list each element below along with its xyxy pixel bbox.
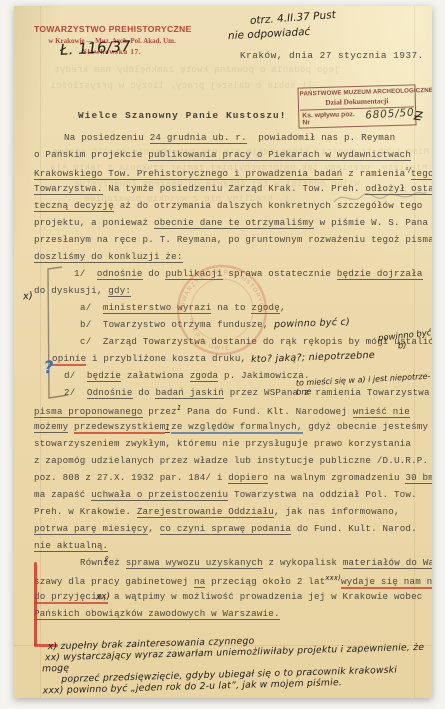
typed-text: przeciąg około 2 lat <box>205 576 325 587</box>
bleedthrough-text: niestety, oceniamy jak najprzychylniej z… <box>50 162 427 173</box>
underlined-text: pisma proponowanego <box>34 406 143 418</box>
underlined-text: możemy <box>34 421 68 433</box>
body-line: szawy dla pracy gabinetowej na przeciąg … <box>34 574 432 591</box>
stamp-register-label: Ks. wpływu poz. Nr <box>302 111 362 127</box>
svg-text:W KRAKOWIE: W KRAKOWIE <box>188 318 232 353</box>
underlined-text: na <box>194 576 205 588</box>
body-line: ma zapaść uchwała o przeistoczeniu Towar… <box>34 489 432 506</box>
received-note: otrz. 4.II.37 Pust <box>250 11 336 26</box>
underlined-text: obecnie dane te otrzymaliśmy <box>154 217 314 229</box>
no-reply-note: nie odpowiadać <box>228 28 311 41</box>
typed-text: , jak nas informowano, <box>274 506 400 517</box>
typed-text: z wykopalisk <box>263 557 343 568</box>
stamp-register-row: Ks. wpływu poz. Nr 6805/50 <box>300 106 414 127</box>
annotation-powinno-byc-b: b) <box>398 342 408 352</box>
typed-text: powiadomił nas p. Reyman <box>247 132 396 143</box>
mark-xx: xx) <box>96 593 111 603</box>
bleedthrough-text: Mimo tych trudności, które zdaje się nie… <box>52 146 429 157</box>
typed-text: a wątpimy w możliwość prowadzenia jej w … <box>108 591 422 602</box>
date-line: Kraków, dnia 27 stycznia 1937. <box>240 50 424 61</box>
salutation: Wielce Szanowny Panie Kustoszu! <box>78 110 287 121</box>
underlined-text: Zarejestrowanie Oddziału <box>137 506 274 518</box>
body-line: Pańskich obowiązków zawodowych w Warszaw… <box>34 608 432 625</box>
underlined-text: będzie dojrzała <box>337 268 423 280</box>
typed-text: przesłanym na ręce p. T. Reymana, po gru… <box>34 234 432 245</box>
body-line: nie aktualną. <box>34 540 432 557</box>
typed-text: Pana do Fund. Klt. Narodowej <box>181 406 352 417</box>
red-underlined-text: przedewszystkiem <box>74 421 165 434</box>
body-line: potrwa parę miesięcy, co czyni sprawę po… <box>34 523 432 540</box>
underlined-text: co czyni sprawę podania <box>160 523 291 535</box>
handwritten-annotation: powinno być c) <box>273 317 349 331</box>
stamp-department: Dział Dokumentacji <box>300 95 414 107</box>
underlined-text: 24 grudnia ub. r. <box>150 132 247 144</box>
body-line: z zapomóg udzielanych przez władze lub i… <box>34 455 432 472</box>
round-stamp-text-bottom: W KRAKOWIE <box>188 318 232 353</box>
underlined-text: Odnośnie <box>87 387 133 399</box>
underlined-text: materiałów do War- <box>343 557 432 569</box>
typed-text: Również <box>80 557 126 568</box>
pencil-bracket <box>42 264 78 406</box>
typed-text: szawy dla pracy gabinetowej <box>34 576 194 587</box>
bleedthrough-text: i. Kredliny nie z wysokim poważaniem <box>84 193 290 204</box>
mark-above-sprawa: x̄ <box>104 555 109 564</box>
handwritten-annotation: xxx) <box>325 574 341 582</box>
underlined-text: 30 bm. <box>405 472 432 484</box>
underlined-text: gdy: <box>108 285 131 297</box>
scanned-letter: TOWARZYSTWO PREHISTORYCZNE w Krakowie — … <box>0 0 445 709</box>
red-underlined-text: wydaje się nam nie <box>341 576 432 589</box>
letter-page: TOWARZYSTWO PREHISTORYCZNE w Krakowie — … <box>14 6 432 698</box>
bleedthrough-text: li sobie o dalszej pracy, liczyć w przys… <box>50 80 313 91</box>
blue-underlined-text: ze względów formalnych, <box>171 421 302 434</box>
underlined-text: będzie <box>87 370 121 382</box>
body-line: pisma proponowanego przez1 Pana do Fund.… <box>34 404 432 421</box>
typed-text: załatwiona <box>121 370 190 381</box>
blue-question-mark: ? <box>44 364 55 374</box>
typed-text: stowarzyszeniem zwykłym, któremu nie prz… <box>34 438 411 449</box>
typed-text: ma zapaść <box>34 489 91 500</box>
red-margin-line <box>34 562 37 646</box>
typed-text: Preh. w Krakowie. <box>34 506 137 517</box>
typed-text: , <box>280 302 286 313</box>
underlined-text: badań jaskiń <box>155 387 224 399</box>
organization-name: TOWARZYSTWO PREHISTORYCZNE <box>34 24 190 34</box>
museum-receipt-stamp: PAŃSTWOWE MUZEUM ARCHEOLOGICZNE Dział Do… <box>297 84 416 128</box>
round-society-stamp: TOWARZYSTWO PREHISTORYCZNE W KRAKOWIE <box>172 260 272 360</box>
underlined-text: wnieść nie <box>353 406 410 418</box>
margin-x-note: x) <box>23 292 33 302</box>
typed-text: do <box>143 268 166 279</box>
typed-text: poz. 808 z 27.X. 1932 par. 184/ i <box>34 472 228 483</box>
underlined-text: zgoda <box>190 370 219 382</box>
typed-text: z zapomóg udzielanych przez władze lub i… <box>34 455 428 466</box>
underlined-text: uchwała o przeistoczeniu <box>91 489 228 501</box>
bleedthrough-text: Wilno oddział w tej sprawie do naszego T… <box>74 178 360 189</box>
body-line: możemy przedewszystkiem ze względów form… <box>34 421 432 438</box>
typed-text: gdyż obecnie jesteśmy <box>303 421 429 432</box>
body-line: przesłanym na ręce p. T. Reymana, po gru… <box>34 234 432 251</box>
body-line: stowarzyszeniem zwykłym, któremu nie prz… <box>34 438 432 455</box>
underlined-text: dopiero <box>228 472 268 484</box>
handwritten-footnotes: x) zupełny brak zainteresowania czynnego… <box>41 631 432 697</box>
underlined-text: doszliśmy do konkluzji że: <box>34 251 183 263</box>
typed-text: a/ <box>80 302 103 313</box>
typed-text: do <box>133 387 156 398</box>
stamp-entry-number: 6805/50 <box>365 107 415 122</box>
typed-text: Na posiedzeniu <box>64 132 150 143</box>
typed-text: Towarzystwa na oddział Pol. Tow. <box>228 489 417 500</box>
underlined-text: odnośnie <box>97 268 143 280</box>
z-mark: Z <box>413 111 422 121</box>
body-line: do przyjęcia, a wątpimy w możliwość prow… <box>34 591 432 608</box>
underlined-text: nie aktualną. <box>34 540 108 552</box>
underlined-text: sprawa wywozu uzyskanych <box>126 557 263 569</box>
insertion-mark-1: 1 <box>165 423 170 433</box>
typed-text: w piśmie W. S. Pana <box>314 217 428 228</box>
ref-number: Ł. 116/37 <box>60 42 131 55</box>
underlined-text: potrwa parę miesięcy <box>34 523 148 535</box>
typed-text: projektu, a ponieważ <box>34 217 154 228</box>
typed-text: na walnym zgromadzeniu <box>268 472 405 483</box>
body-line: projektu, a ponieważ obecnie dane te otr… <box>34 217 432 234</box>
body-line: Również sprawa wywozu uzyskanych z wykop… <box>34 557 432 574</box>
typed-text: do Fund. Kult. Narod. <box>291 523 417 534</box>
body-line: poz. 808 z 27.X. 1932 par. 184/ i dopier… <box>34 472 432 489</box>
typed-text: , <box>148 523 159 534</box>
bleedthrough-text: jego podania o poważną kwotę zamknęłoby … <box>54 64 340 75</box>
underlined-text: Pańskich obowiązków zawodowych w Warszaw… <box>34 608 280 620</box>
body-line: Preh. w Krakowie. Zarejestrowanie Oddzia… <box>34 506 432 523</box>
typed-text: przez <box>143 406 177 417</box>
